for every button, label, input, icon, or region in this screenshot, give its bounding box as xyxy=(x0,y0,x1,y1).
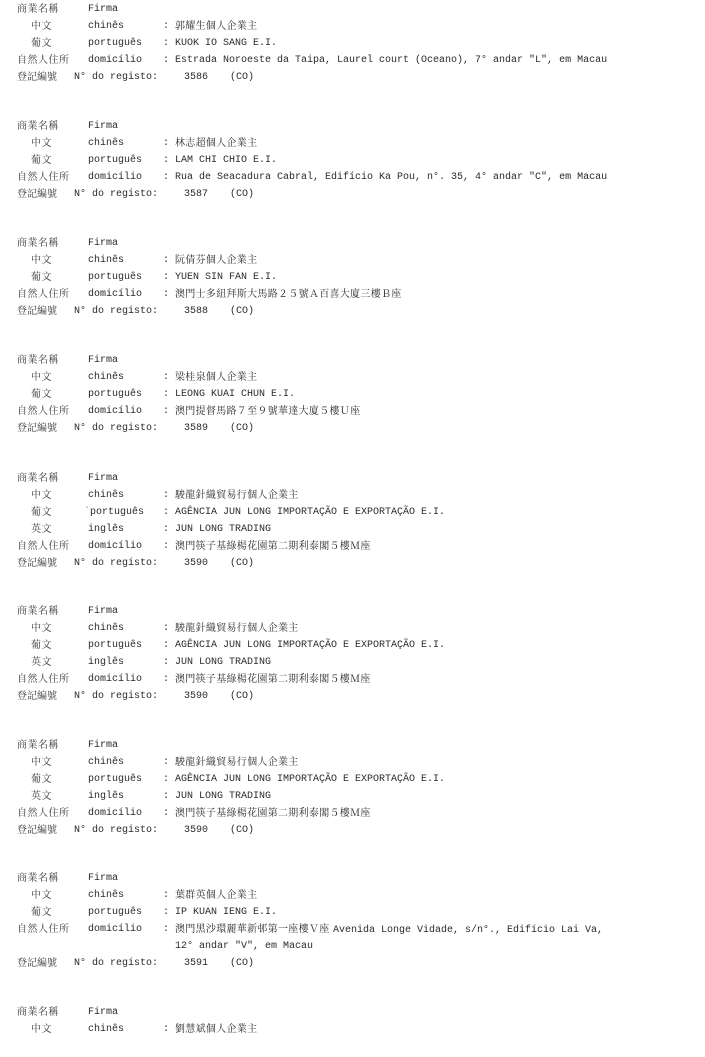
separator-colon: : xyxy=(163,18,169,35)
separator-colon: : xyxy=(163,671,169,688)
separator-colon: : xyxy=(163,252,169,269)
separator-colon: : xyxy=(163,135,169,152)
registration-row: 登記編號 N° do registo: 3591 (CO) xyxy=(0,955,705,972)
registration-label-zh: 登記編號 xyxy=(17,420,57,437)
portuguese-name-row: 葡文 português : AGÊNCIA JUN LONG IMPORTAÇ… xyxy=(0,637,705,654)
portuguese-name-row: 葡文 ˈportuguês : AGÊNCIA JUN LONG IMPORTA… xyxy=(0,504,705,521)
separator-colon: : xyxy=(163,504,169,521)
registration-code: (CO) xyxy=(230,186,254,203)
registration-label-pt: N° do registo: xyxy=(74,186,158,203)
firm-label-zh: 商業名稱 xyxy=(17,1004,59,1021)
domicile-label-pt: domicílio xyxy=(88,169,142,186)
portuguese-name-value: AGÊNCIA JUN LONG IMPORTAÇÃO E EXPORTAÇÃO… xyxy=(175,771,445,788)
domicile-row: 自然人住所 domicílio : 澳門提督馬路７至９號華達大廈５樓Ｕ座 xyxy=(0,403,705,420)
registration-row: 登記編號 N° do registo: 3589 (CO) xyxy=(0,420,705,437)
domicile-value-latin: Avenida Longe Vidade, s/n°., Edifício La… xyxy=(333,925,603,936)
registration-label-pt: N° do registo: xyxy=(74,303,158,320)
firm-header-row: 商業名稱 Firma xyxy=(0,235,705,252)
separator-colon: : xyxy=(163,654,169,671)
firm-header-row: 商業名稱 Firma xyxy=(0,118,705,135)
firm-header-row: 商業名稱 Firma xyxy=(0,352,705,369)
separator-colon: : xyxy=(163,771,169,788)
chinese-name-value: 阮倩芬個人企業主 xyxy=(175,252,257,269)
firm-header-row: 商業名稱 Firma xyxy=(0,1004,705,1021)
portuguese-label-zh: 葡文 xyxy=(31,269,52,286)
portuguese-name-row: 葡文 português : YUEN SIN FAN E.I. xyxy=(0,269,705,286)
registration-label-zh: 登記編號 xyxy=(17,303,57,320)
chinese-label-pt: chinês xyxy=(88,487,124,504)
registration-number: 3586 xyxy=(184,69,208,86)
portuguese-name-value: KUOK IO SANG E.I. xyxy=(175,35,277,52)
registration-label-pt: N° do registo: xyxy=(74,688,158,705)
portuguese-label-zh: 葡文 xyxy=(31,35,52,52)
separator-colon: : xyxy=(163,538,169,555)
firm-label-pt: Firma xyxy=(88,470,118,487)
domicile-row: 自然人住所 domicílio : 澳門筷子基綠楊花園第二期利泰閣５樓Ｍ座 xyxy=(0,671,705,688)
domicile-value: Rua de Seacadura Cabral, Edifício Ka Pou… xyxy=(175,169,607,186)
registration-label-pt: N° do registo: xyxy=(74,555,158,572)
registry-entry: 商業名稱 Firma 中文 chinês : 劉慧斌個人企業主 xyxy=(0,1004,705,1038)
portuguese-label-zh: 葡文 xyxy=(31,152,52,169)
separator-colon: : xyxy=(163,620,169,637)
registration-code: (CO) xyxy=(230,303,254,320)
domicile-label-zh: 自然人住所 xyxy=(17,671,70,688)
separator-colon: : xyxy=(163,521,169,538)
separator-colon: : xyxy=(163,805,169,822)
registration-code: (CO) xyxy=(230,420,254,437)
firm-label-zh: 商業名稱 xyxy=(17,352,59,369)
domicile-label-pt: domicílio xyxy=(88,805,142,822)
registration-row: 登記編號 N° do registo: 3586 (CO) xyxy=(0,69,705,86)
separator-colon: : xyxy=(163,403,169,420)
firm-label-zh: 商業名稱 xyxy=(17,470,59,487)
registry-entry: 商業名稱 Firma 中文 chinês : 駿龍針織貿易行個人企業主 葡文 ˈ… xyxy=(0,470,705,572)
portuguese-name-row: 葡文 português : LEONG KUAI CHUN E.I. xyxy=(0,386,705,403)
portuguese-name-value: AGÊNCIA JUN LONG IMPORTAÇÃO E EXPORTAÇÃO… xyxy=(175,637,445,654)
domicile-label-pt: domicílio xyxy=(88,671,142,688)
domicile-value: 澳門提督馬路７至９號華達大廈５樓Ｕ座 xyxy=(175,403,360,420)
english-name-row: 英文 inglês : JUN LONG TRADING xyxy=(0,521,705,538)
firm-label-zh: 商業名稱 xyxy=(17,1,59,18)
domicile-value-cjk: 澳門黑沙環麗華新邨第一座樓Ｖ座 xyxy=(175,924,330,935)
firm-label-pt: Firma xyxy=(88,737,118,754)
chinese-label-pt: chinês xyxy=(88,754,124,771)
domicile-label-pt: domicílio xyxy=(88,286,142,303)
chinese-name-value: 劉慧斌個人企業主 xyxy=(175,1021,257,1038)
registration-code: (CO) xyxy=(230,69,254,86)
chinese-label-zh: 中文 xyxy=(31,18,52,35)
domicile-value: 澳門黑沙環麗華新邨第一座樓Ｖ座 Avenida Longe Vidade, s/… xyxy=(175,921,603,939)
portuguese-name-row: 葡文 português : IP KUAN IENG E.I. xyxy=(0,904,705,921)
portuguese-label-pt: português xyxy=(88,771,142,788)
portuguese-label-pt: ˈportuguês xyxy=(84,504,144,521)
registry-entry: 商業名稱 Firma 中文 chinês : 駿龍針織貿易行個人企業主 葡文 p… xyxy=(0,603,705,705)
firm-label-pt: Firma xyxy=(88,1004,118,1021)
chinese-label-zh: 中文 xyxy=(31,135,52,152)
separator-colon: : xyxy=(163,169,169,186)
english-name-value: JUN LONG TRADING xyxy=(175,654,271,671)
chinese-label-pt: chinês xyxy=(88,18,124,35)
registration-label-pt: N° do registo: xyxy=(74,420,158,437)
domicile-row: 自然人住所 domicílio : Estrada Noroeste da Ta… xyxy=(0,52,705,69)
separator-colon: : xyxy=(163,152,169,169)
portuguese-label-zh: 葡文 xyxy=(31,504,52,521)
registration-number: 3590 xyxy=(184,555,208,572)
chinese-label-zh: 中文 xyxy=(31,754,52,771)
chinese-label-zh: 中文 xyxy=(31,1021,52,1038)
domicile-row: 自然人住所 domicílio : 澳門黑沙環麗華新邨第一座樓Ｖ座 Avenid… xyxy=(0,921,705,938)
firm-label-pt: Firma xyxy=(88,1,118,18)
domicile-label-zh: 自然人住所 xyxy=(17,921,70,938)
registration-label-pt: N° do registo: xyxy=(74,822,158,839)
separator-colon: : xyxy=(163,887,169,904)
portuguese-label-zh: 葡文 xyxy=(31,386,52,403)
chinese-name-value: 郭耀生個人企業主 xyxy=(175,18,257,35)
firm-label-pt: Firma xyxy=(88,352,118,369)
firm-label-pt: Firma xyxy=(88,870,118,887)
registration-row: 登記編號 N° do registo: 3588 (CO) xyxy=(0,303,705,320)
domicile-value: Estrada Noroeste da Taipa, Laurel court … xyxy=(175,52,607,69)
portuguese-label-zh: 葡文 xyxy=(31,904,52,921)
registration-number: 3588 xyxy=(184,303,208,320)
domicile-value: 澳門筷子基綠楊花園第二期利泰閣５樓Ｍ座 xyxy=(175,671,371,688)
english-name-value: JUN LONG TRADING xyxy=(175,788,271,805)
portuguese-label-pt: português xyxy=(88,637,142,654)
domicile-label-zh: 自然人住所 xyxy=(17,403,70,420)
registration-number: 3590 xyxy=(184,688,208,705)
domicile-label-pt: domicílio xyxy=(88,52,142,69)
registration-number: 3587 xyxy=(184,186,208,203)
english-label-pt: inglês xyxy=(88,788,124,805)
domicile-label-zh: 自然人住所 xyxy=(17,538,70,555)
chinese-name-value: 林志超個人企業主 xyxy=(175,135,257,152)
chinese-name-row: 中文 chinês : 葉群英個人企業主 xyxy=(0,887,705,904)
portuguese-name-row: 葡文 português : AGÊNCIA JUN LONG IMPORTAÇ… xyxy=(0,771,705,788)
separator-colon: : xyxy=(163,788,169,805)
registration-label-pt: N° do registo: xyxy=(74,955,158,972)
separator-colon: : xyxy=(163,386,169,403)
domicile-value: 澳門筷子基綠楊花園第二期利泰閣５樓Ｍ座 xyxy=(175,538,371,555)
registration-label-zh: 登記編號 xyxy=(17,186,57,203)
registration-row: 登記編號 N° do registo: 3590 (CO) xyxy=(0,822,705,839)
chinese-label-pt: chinês xyxy=(88,620,124,637)
portuguese-name-row: 葡文 português : KUOK IO SANG E.I. xyxy=(0,35,705,52)
portuguese-label-zh: 葡文 xyxy=(31,771,52,788)
chinese-name-value: 梁桂泉個人企業主 xyxy=(175,369,257,386)
portuguese-label-zh: 葡文 xyxy=(31,637,52,654)
domicile-label-zh: 自然人住所 xyxy=(17,805,70,822)
portuguese-label-pt: português xyxy=(88,152,142,169)
registration-label-zh: 登記編號 xyxy=(17,688,57,705)
portuguese-label-pt: português xyxy=(88,269,142,286)
separator-colon: : xyxy=(163,487,169,504)
separator-colon: : xyxy=(163,369,169,386)
firm-label-pt: Firma xyxy=(88,118,118,135)
firm-label-zh: 商業名稱 xyxy=(17,737,59,754)
portuguese-name-value: IP KUAN IENG E.I. xyxy=(175,904,277,921)
english-label-zh: 英文 xyxy=(31,521,52,538)
chinese-label-zh: 中文 xyxy=(31,887,52,904)
domicile-label-zh: 自然人住所 xyxy=(17,52,70,69)
english-name-value: JUN LONG TRADING xyxy=(175,521,271,538)
english-name-row: 英文 inglês : JUN LONG TRADING xyxy=(0,654,705,671)
english-label-zh: 英文 xyxy=(31,788,52,805)
registration-label-pt: N° do registo: xyxy=(74,69,158,86)
registry-entry: 商業名稱 Firma 中文 chinês : 葉群英個人企業主 葡文 portu… xyxy=(0,870,705,972)
domicile-value: 澳門筷子基綠楊花園第二期利泰閣５樓Ｍ座 xyxy=(175,805,371,822)
portuguese-label-pt: português xyxy=(88,35,142,52)
domicile-label-pt: domicílio xyxy=(88,538,142,555)
registration-code: (CO) xyxy=(230,955,254,972)
domicile-label-zh: 自然人住所 xyxy=(17,169,70,186)
english-label-pt: inglês xyxy=(88,654,124,671)
firm-header-row: 商業名稱 Firma xyxy=(0,470,705,487)
registration-code: (CO) xyxy=(230,688,254,705)
portuguese-name-row: 葡文 português : LAM CHI CHIO E.I. xyxy=(0,152,705,169)
domicile-row: 自然人住所 domicílio : 澳門筷子基綠楊花園第二期利泰閣５樓Ｍ座 xyxy=(0,805,705,822)
domicile-label-pt: domicílio xyxy=(88,921,142,938)
chinese-name-row: 中文 chinês : 林志超個人企業主 xyxy=(0,135,705,152)
chinese-name-value: 葉群英個人企業主 xyxy=(175,887,257,904)
firm-header-row: 商業名稱 Firma xyxy=(0,737,705,754)
chinese-name-row: 中文 chinês : 梁桂泉個人企業主 xyxy=(0,369,705,386)
firm-header-row: 商業名稱 Firma xyxy=(0,870,705,887)
domicile-value-line2: 12° andar "V", em Macau xyxy=(175,938,313,955)
chinese-name-value: 駿龍針織貿易行個人企業主 xyxy=(175,754,299,771)
domicile-row: 自然人住所 domicílio : 澳門筷子基綠楊花園第二期利泰閣５樓Ｍ座 xyxy=(0,538,705,555)
registry-entry: 商業名稱 Firma 中文 chinês : 梁桂泉個人企業主 葡文 portu… xyxy=(0,352,705,437)
registration-code: (CO) xyxy=(230,822,254,839)
registration-label-zh: 登記編號 xyxy=(17,955,57,972)
chinese-label-pt: chinês xyxy=(88,1021,124,1038)
firm-header-row: 商業名稱 Firma xyxy=(0,1,705,18)
chinese-name-row: 中文 chinês : 駿龍針織貿易行個人企業主 xyxy=(0,754,705,771)
chinese-label-zh: 中文 xyxy=(31,620,52,637)
chinese-label-pt: chinês xyxy=(88,135,124,152)
separator-colon: : xyxy=(163,1021,169,1038)
chinese-label-pt: chinês xyxy=(88,369,124,386)
domicile-row: 自然人住所 domicílio : Rua de Seacadura Cabra… xyxy=(0,169,705,186)
separator-colon: : xyxy=(163,52,169,69)
separator-colon: : xyxy=(163,269,169,286)
registration-number: 3590 xyxy=(184,822,208,839)
separator-colon: : xyxy=(163,637,169,654)
firm-header-row: 商業名稱 Firma xyxy=(0,603,705,620)
registration-label-zh: 登記編號 xyxy=(17,822,57,839)
chinese-name-row: 中文 chinês : 劉慧斌個人企業主 xyxy=(0,1021,705,1038)
english-label-pt: inglês xyxy=(88,521,124,538)
domicile-value: 澳門士多紐拜斯大馬路２５號Ａ百喜大廈三樓Ｂ座 xyxy=(175,286,402,303)
separator-colon: : xyxy=(163,921,169,938)
separator-colon: : xyxy=(163,904,169,921)
registration-row: 登記編號 N° do registo: 3590 (CO) xyxy=(0,688,705,705)
portuguese-name-value: YUEN SIN FAN E.I. xyxy=(175,269,277,286)
registry-entry: 商業名稱 Firma 中文 chinês : 林志超個人企業主 葡文 portu… xyxy=(0,118,705,203)
separator-colon: : xyxy=(163,286,169,303)
registration-number: 3591 xyxy=(184,955,208,972)
english-label-zh: 英文 xyxy=(31,654,52,671)
firm-label-pt: Firma xyxy=(88,603,118,620)
chinese-name-value: 駿龍針織貿易行個人企業主 xyxy=(175,487,299,504)
separator-colon: : xyxy=(163,754,169,771)
portuguese-label-pt: português xyxy=(88,386,142,403)
registration-number: 3589 xyxy=(184,420,208,437)
domicile-row: 自然人住所 domicílio : 澳門士多紐拜斯大馬路２５號Ａ百喜大廈三樓Ｂ座 xyxy=(0,286,705,303)
registration-label-zh: 登記編號 xyxy=(17,69,57,86)
firm-label-zh: 商業名稱 xyxy=(17,870,59,887)
chinese-label-zh: 中文 xyxy=(31,252,52,269)
portuguese-name-value: LEONG KUAI CHUN E.I. xyxy=(175,386,295,403)
firm-label-zh: 商業名稱 xyxy=(17,603,59,620)
chinese-name-row: 中文 chinês : 駿龍針織貿易行個人企業主 xyxy=(0,620,705,637)
chinese-name-value: 駿龍針織貿易行個人企業主 xyxy=(175,620,299,637)
firm-label-pt: Firma xyxy=(88,235,118,252)
registration-code: (CO) xyxy=(230,555,254,572)
chinese-label-zh: 中文 xyxy=(31,487,52,504)
portuguese-label-pt: português xyxy=(88,904,142,921)
registration-row: 登記編號 N° do registo: 3590 (CO) xyxy=(0,555,705,572)
chinese-name-row: 中文 chinês : 郭耀生個人企業主 xyxy=(0,18,705,35)
chinese-name-row: 中文 chinês : 駿龍針織貿易行個人企業主 xyxy=(0,487,705,504)
portuguese-name-value: AGÊNCIA JUN LONG IMPORTAÇÃO E EXPORTAÇÃO… xyxy=(175,504,445,521)
chinese-label-pt: chinês xyxy=(88,887,124,904)
registration-label-zh: 登記編號 xyxy=(17,555,57,572)
firm-label-zh: 商業名稱 xyxy=(17,235,59,252)
chinese-label-zh: 中文 xyxy=(31,369,52,386)
domicile-continuation-row: 12° andar "V", em Macau xyxy=(0,938,705,955)
chinese-label-pt: chinês xyxy=(88,252,124,269)
separator-colon: : xyxy=(163,35,169,52)
english-name-row: 英文 inglês : JUN LONG TRADING xyxy=(0,788,705,805)
registry-entry: 商業名稱 Firma 中文 chinês : 駿龍針織貿易行個人企業主 葡文 p… xyxy=(0,737,705,839)
registry-entry: 商業名稱 Firma 中文 chinês : 郭耀生個人企業主 葡文 portu… xyxy=(0,1,705,86)
registry-entry: 商業名稱 Firma 中文 chinês : 阮倩芬個人企業主 葡文 portu… xyxy=(0,235,705,320)
domicile-label-zh: 自然人住所 xyxy=(17,286,70,303)
firm-label-zh: 商業名稱 xyxy=(17,118,59,135)
portuguese-name-value: LAM CHI CHIO E.I. xyxy=(175,152,277,169)
domicile-label-pt: domicílio xyxy=(88,403,142,420)
chinese-name-row: 中文 chinês : 阮倩芬個人企業主 xyxy=(0,252,705,269)
registration-row: 登記編號 N° do registo: 3587 (CO) xyxy=(0,186,705,203)
